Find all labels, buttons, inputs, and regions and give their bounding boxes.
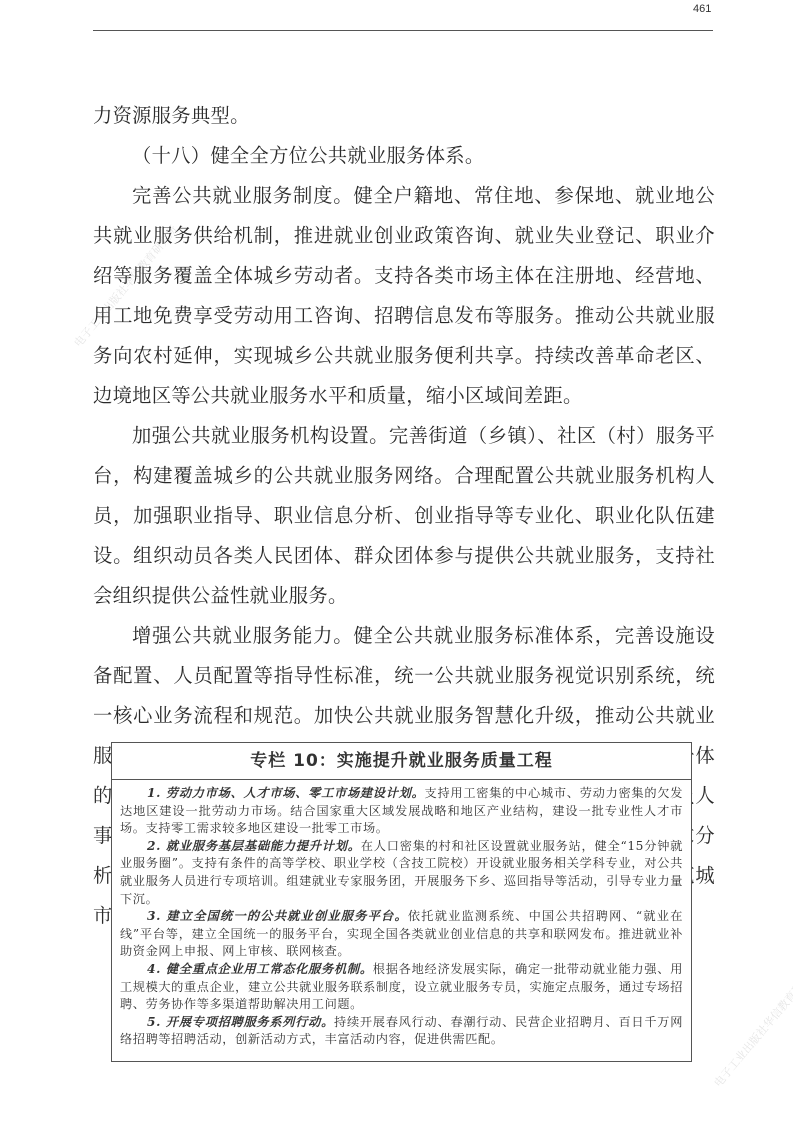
paragraph-service-system: 完善公共就业服务制度。健全户籍地、常住地、参保地、就业地公共就业服务供给机制，推… [93,176,715,416]
page-number: 461 [693,3,711,15]
column-item: 4. 健全重点企业用工常态化服务机制。根据各地经济发展实际，确定一批带动就业能力… [120,961,683,1014]
section-heading: （十八）健全全方位公共就业服务体系。 [93,136,715,176]
column-item: 5. 开展专项招聘服务系列行动。持续开展春风行动、春潮行动、民营企业招聘月、百日… [120,1014,683,1049]
column-item: 1. 劳动力市场、人才市场、零工市场建设计划。支持用工密集的中心城市、劳动力密集… [120,785,683,838]
paragraph-continuation: 力资源服务典型。 [93,96,715,136]
column-item-lead: 1. 劳动力市场、人才市场、零工市场建设计划。 [147,786,425,800]
column-box: 专栏 10：实施提升就业服务质量工程 1. 劳动力市场、人才市场、零工市场建设计… [111,742,692,1062]
header-rule [93,30,713,31]
column-box-body: 1. 劳动力市场、人才市场、零工市场建设计划。支持用工密集的中心城市、劳动力密集… [112,780,691,1049]
column-box-title: 专栏 10：实施提升就业服务质量工程 [112,743,691,780]
watermark-right: 电子工业出版社华信教育研究所 [710,962,793,1090]
column-item-lead: 4. 健全重点企业用工常态化服务机制。 [147,962,373,976]
column-item-lead: 5. 开展专项招聘服务系列行动。 [147,1015,334,1029]
column-item-lead: 3. 建立全国统一的公共就业创业服务平台。 [147,909,408,923]
column-item: 3. 建立全国统一的公共就业创业服务平台。依托就业监测系统、中国公共招聘网、“就… [120,908,683,961]
column-item-lead: 2. 就业服务基层基础能力提升计划。 [147,839,361,853]
column-item: 2. 就业服务基层基础能力提升计划。在人口密集的村和社区设置就业服务站，健全“1… [120,838,683,908]
paragraph-service-institutions: 加强公共就业服务机构设置。完善街道（乡镇）、社区（村）服务平台，构建覆盖城乡的公… [93,416,715,616]
